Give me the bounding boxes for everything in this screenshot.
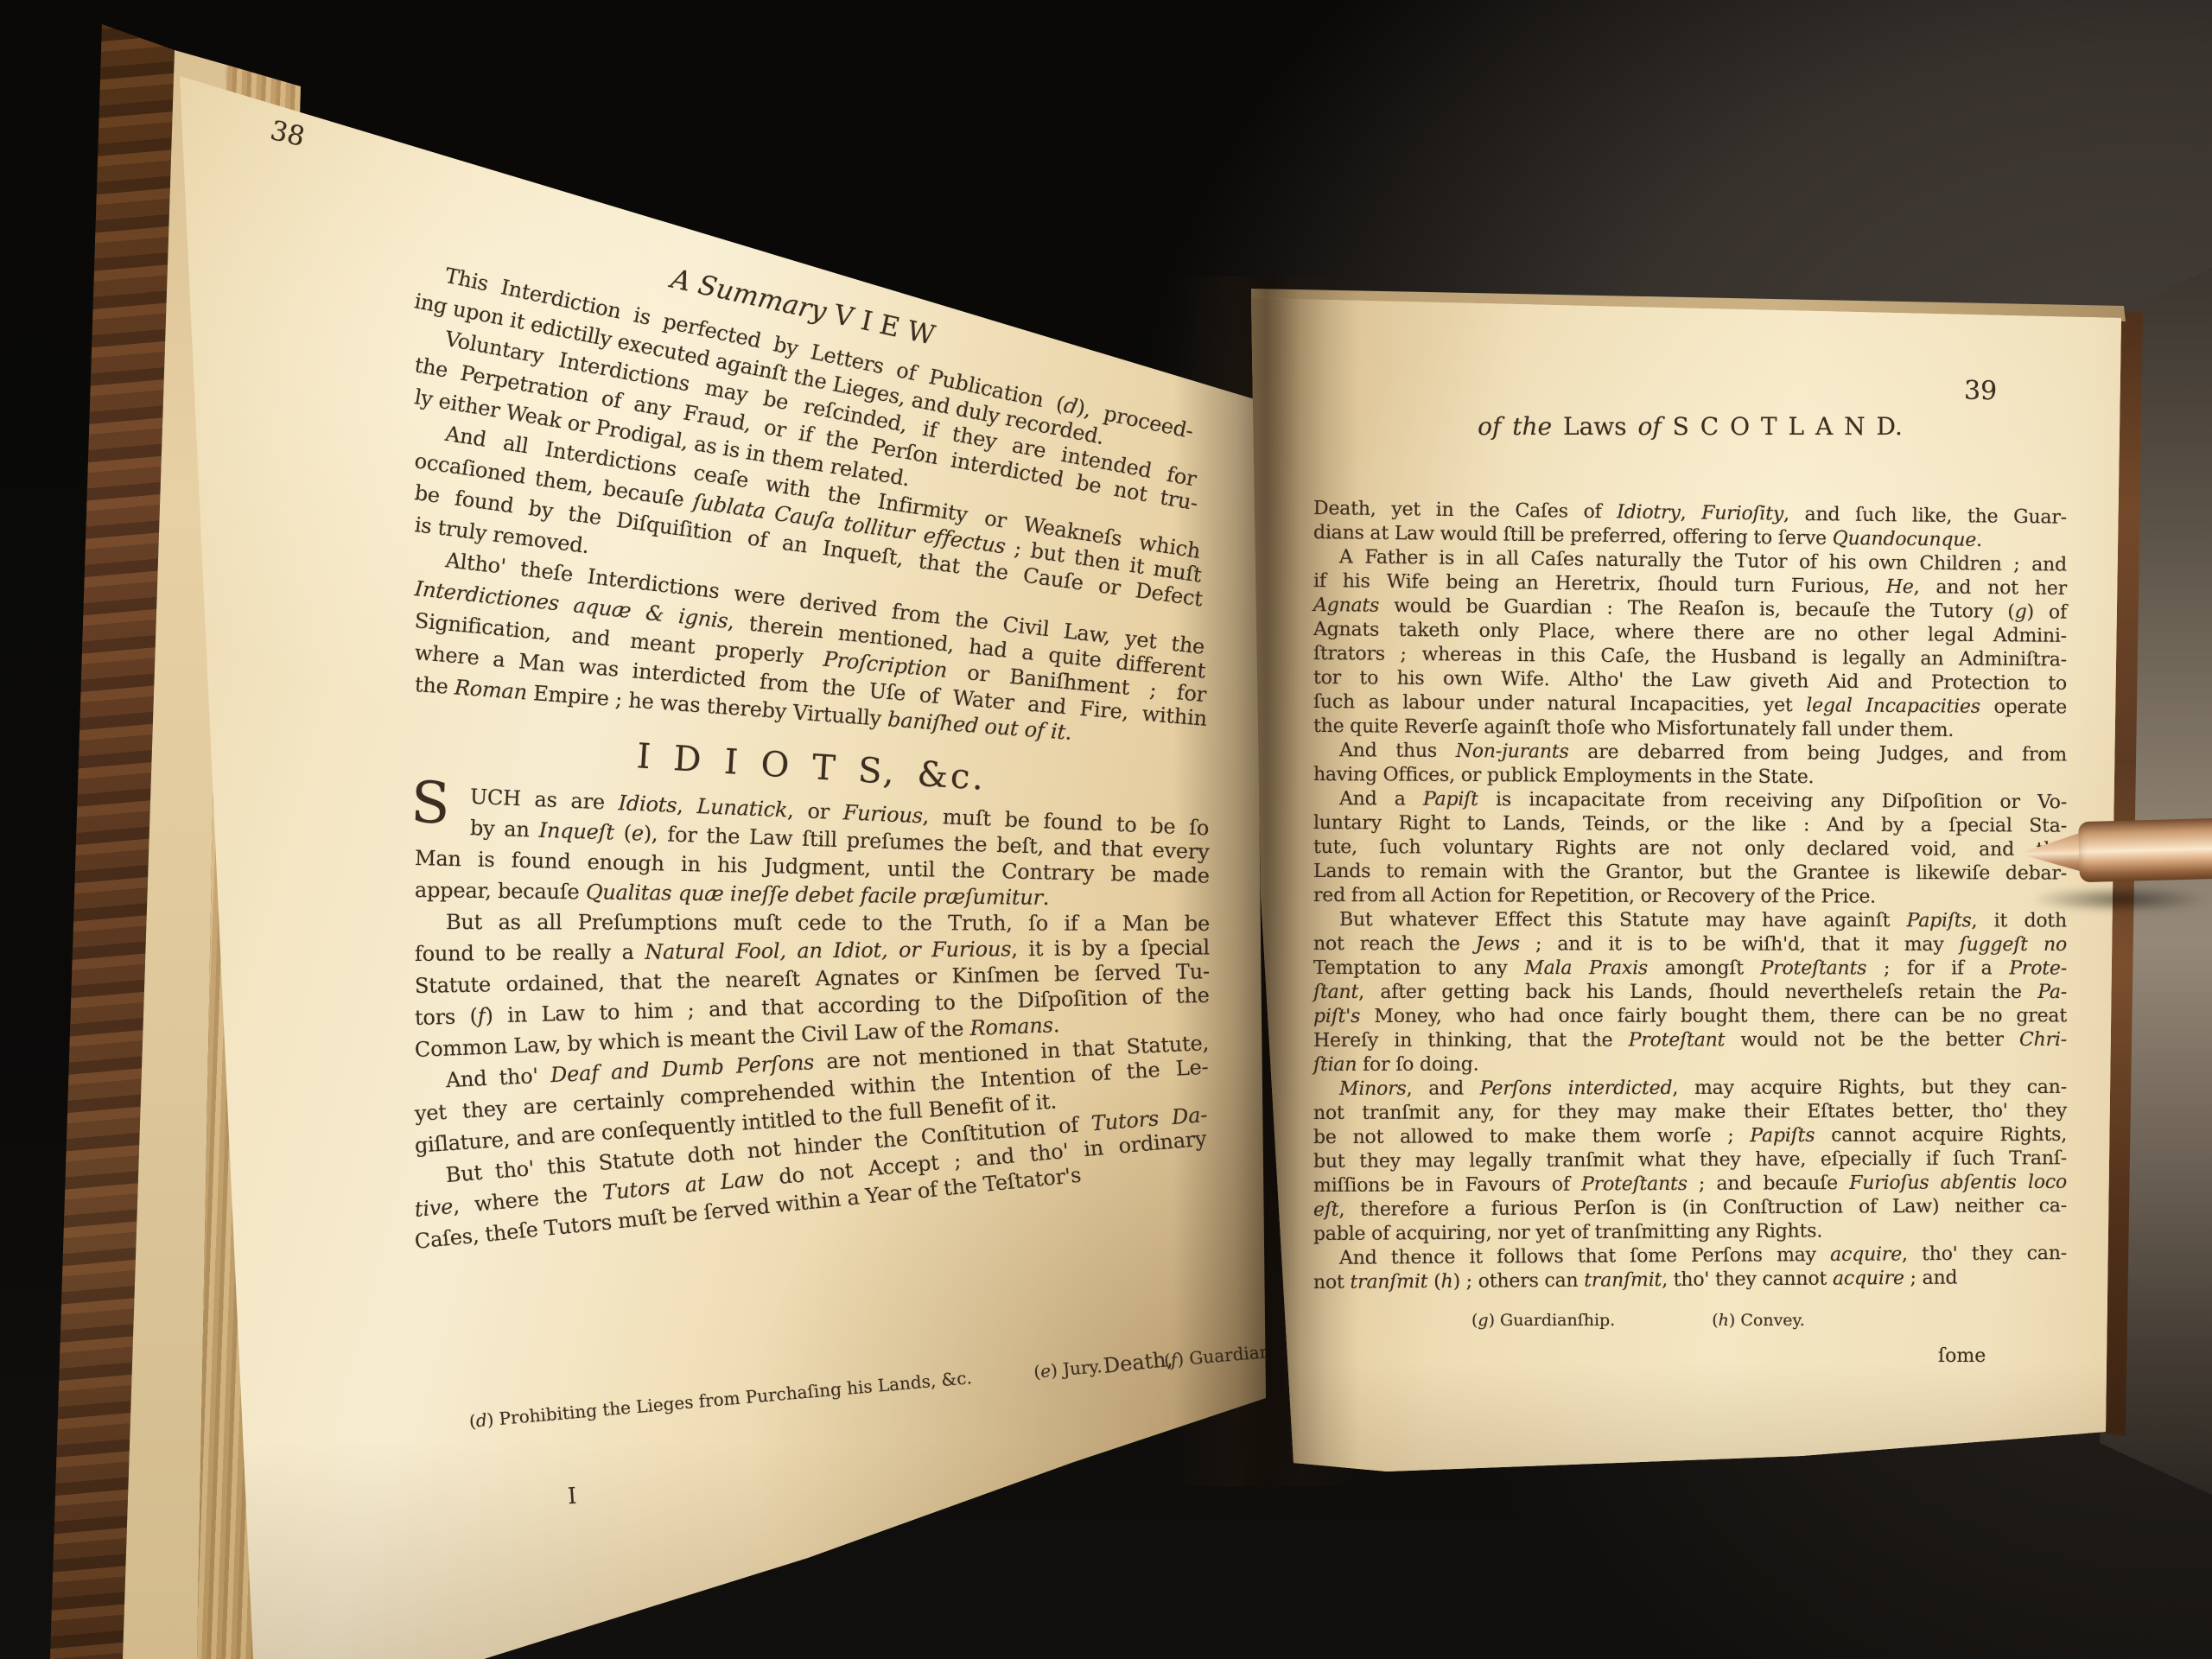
text-line: ſtian for ſo doing. <box>1313 1052 2067 1077</box>
text-line: But whatever Effect this Statute may hav… <box>1313 908 2067 934</box>
footnote: (h) Convey. <box>1712 1311 1805 1330</box>
text-line: not tranſmit any, for they may make thei… <box>1313 1099 2067 1126</box>
right-page-text: Death, yet in the Caſes of Idiotry, Furi… <box>1313 497 2074 1295</box>
text-line: Temptation to any Mala Praxis amongſt Pr… <box>1313 957 2067 981</box>
footnote: (g) Guardianſhip. <box>1471 1311 1615 1330</box>
page-number-39: 39 <box>1964 376 1998 407</box>
text-line: piſt's Money, who had once fairly bought… <box>1313 1004 2067 1029</box>
text-line: And a Papiſt is incapacitate from receiv… <box>1313 787 2067 815</box>
pen-body <box>2078 818 2212 882</box>
right-footnotes: (g) Guardianſhip.(h) Convey. <box>1471 1311 1805 1330</box>
book-photo: 38 A Summary V I E WThis Interdiction is… <box>0 0 2212 1659</box>
text-line: red from all Action for Repetition, or R… <box>1313 884 2067 910</box>
text-line: Hereſy in thinking, that the Proteſtant … <box>1313 1028 2067 1053</box>
text-line: be not allowed to make them worſe ; Papi… <box>1313 1123 2067 1150</box>
text-line: ſtant, after getting back his Lands, ſho… <box>1313 981 2067 1005</box>
text-line: luntary Right to Lands, Teinds, or the l… <box>1313 811 2067 839</box>
pen <box>2018 806 2212 894</box>
pen-tip <box>2018 832 2082 874</box>
text-line: not tranſmit (h) ; others can tranſmit, … <box>1313 1266 2067 1295</box>
running-title-right: of the Laws of S C O T L A N D. <box>1313 412 2067 441</box>
signature-mark: I <box>567 1484 577 1510</box>
left-page-text: A Summary V I E WThis Interdiction is pe… <box>415 203 1218 1258</box>
text-line: tute, ſuch voluntary Rights are not only… <box>1313 836 2067 862</box>
text-line: not reach the Jews ; and it is to be wiſ… <box>1313 932 2067 957</box>
text-line: but they may legally tranſmit what they … <box>1313 1147 2067 1174</box>
text-line: Minors, and Perſons interdicted, may acq… <box>1313 1076 2067 1102</box>
text-line: Lands to remain with the Grantor, but th… <box>1313 860 2067 887</box>
catchword-some: ſome <box>1938 1345 1986 1367</box>
